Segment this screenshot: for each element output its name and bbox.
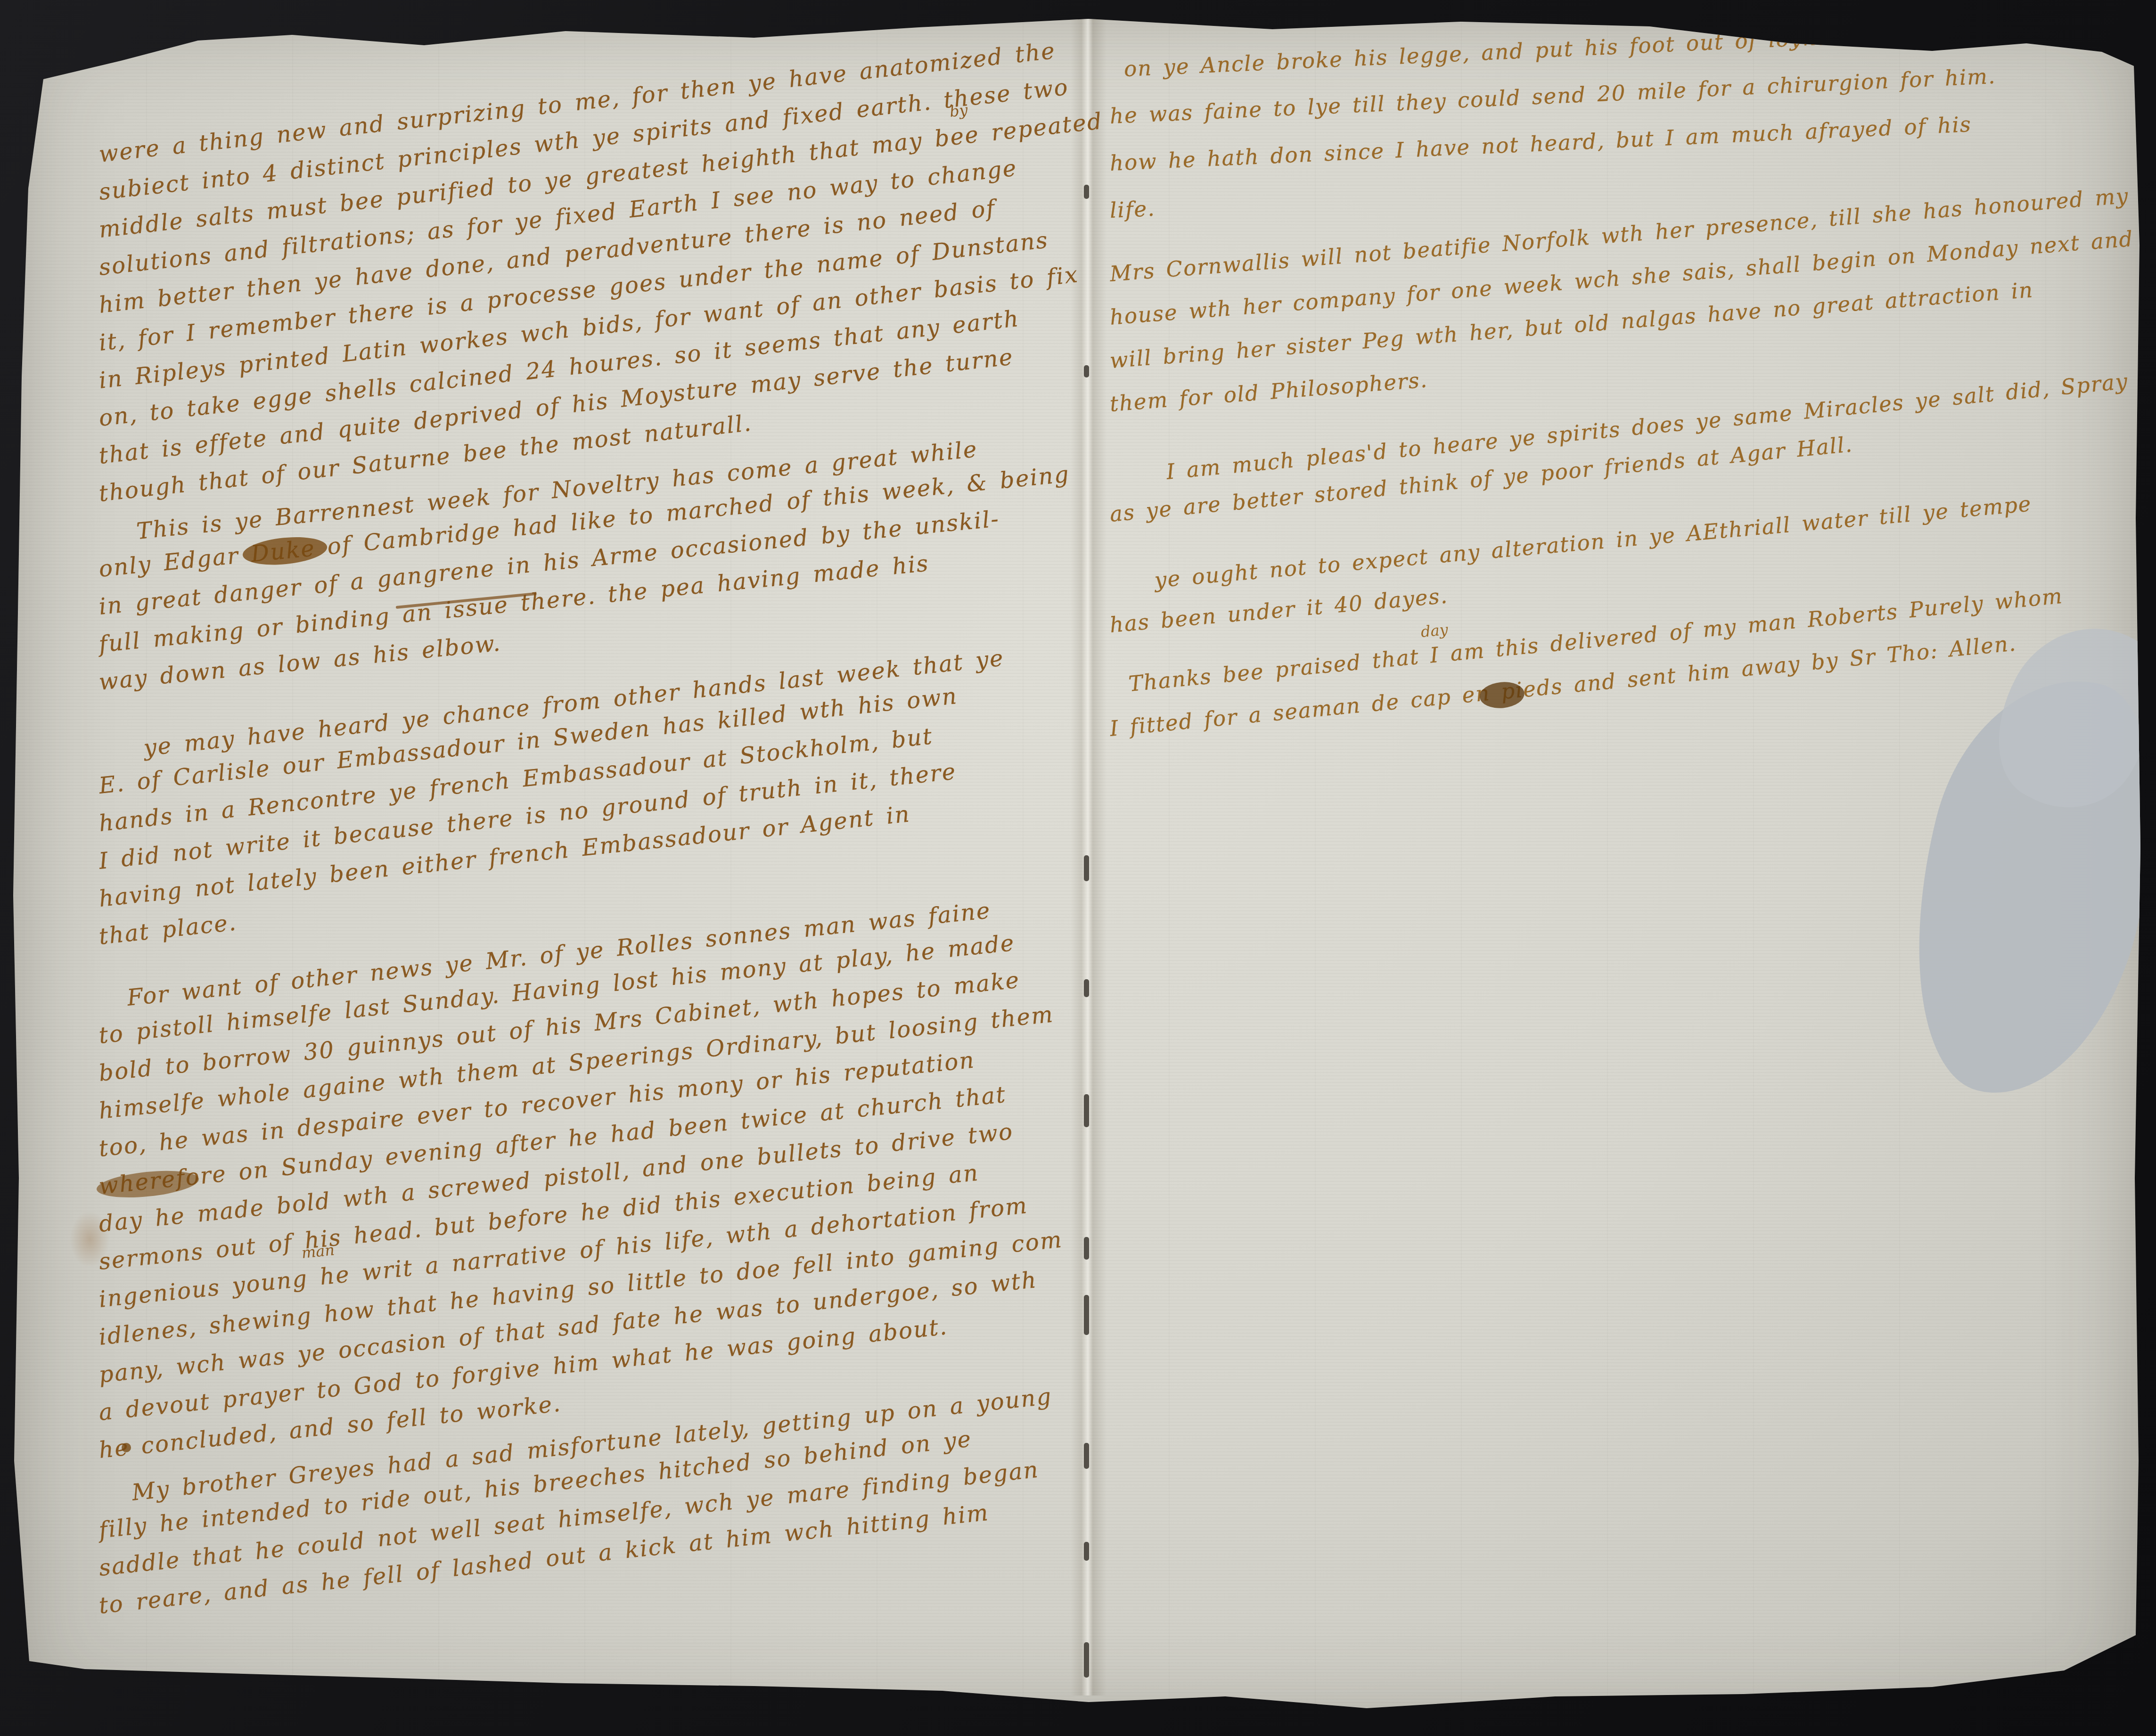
interline-insertion: day	[1420, 621, 1449, 641]
page-number: 53	[2075, 19, 2106, 48]
letter-sheet: were a thing new and surprizing to me, f…	[0, 0, 2156, 1736]
handwritten-line: them for old Philosophers.	[1109, 367, 1429, 417]
letter-page-right: on ye Ancle broke his legge, and put his…	[0, 0, 2156, 1736]
handwritten-line: life.	[1109, 196, 1156, 223]
scanner-background: were a thing new and surprizing to me, f…	[0, 0, 2156, 1736]
